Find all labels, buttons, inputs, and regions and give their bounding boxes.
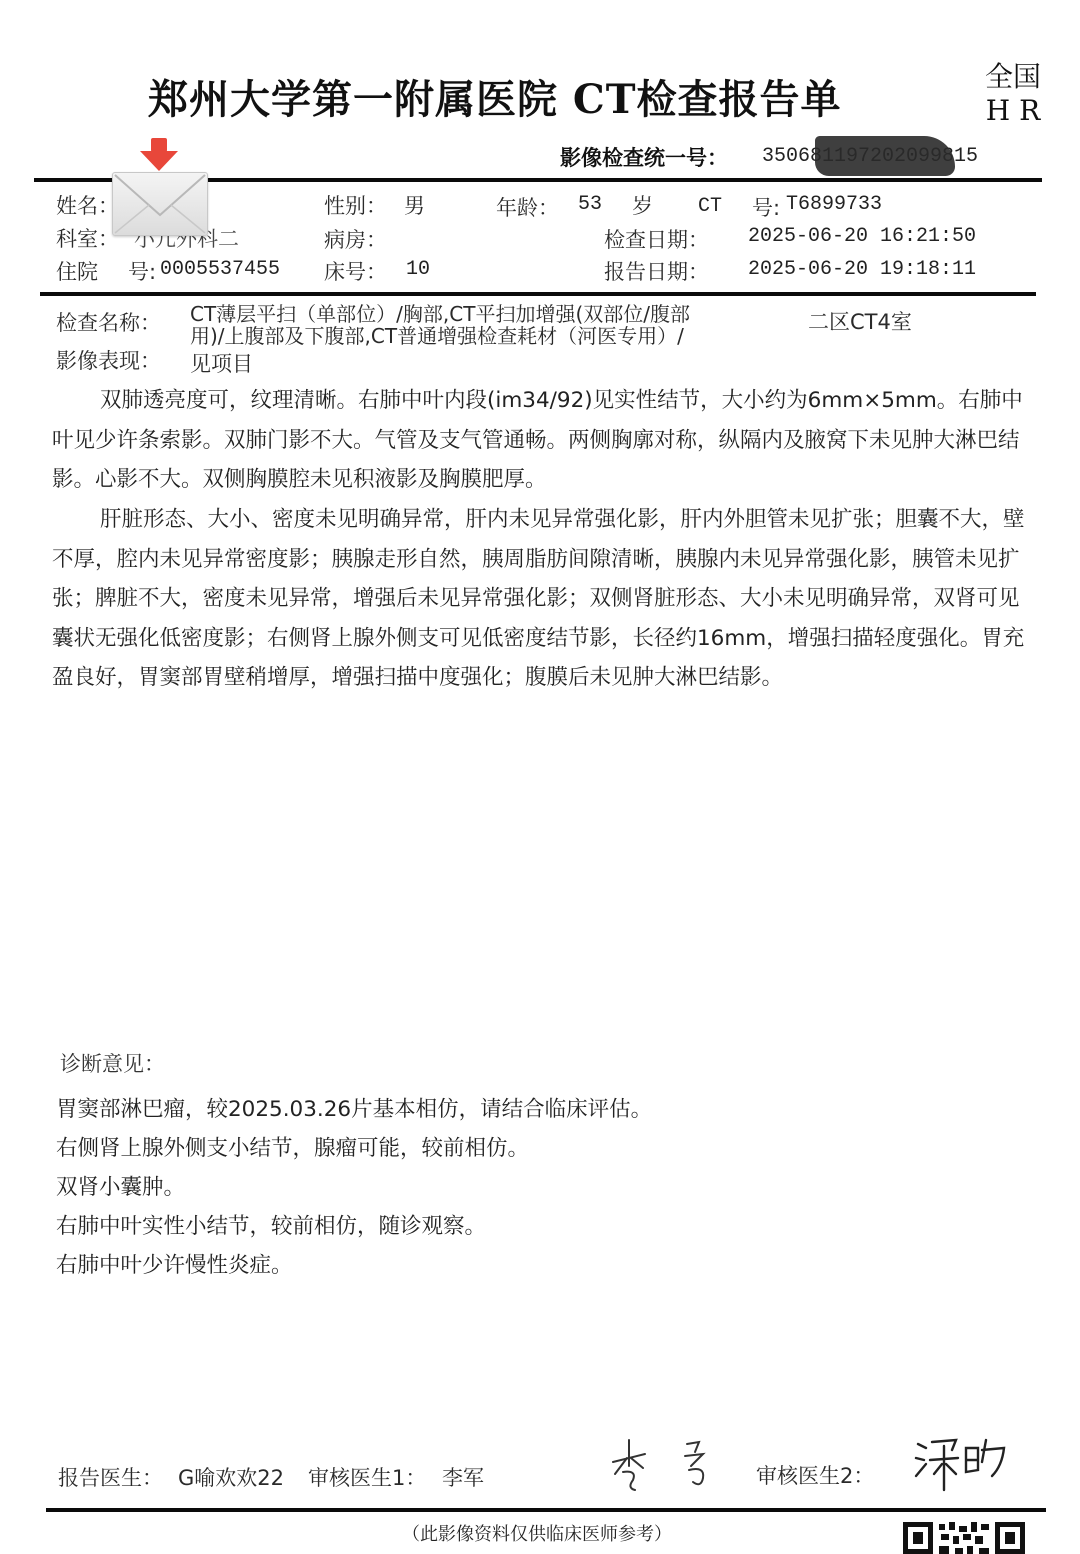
inpatient-no-label: 号:	[128, 256, 156, 286]
reviewer2-signature	[912, 1432, 1012, 1496]
age-value: 53	[578, 193, 602, 216]
report-date-label: 报告日期：	[604, 256, 709, 286]
corner-mark-line1: 全国	[985, 60, 1041, 94]
dept-label: 科室：	[56, 223, 119, 253]
envelope-icon	[112, 172, 208, 236]
exam-room: 二区CT4室	[808, 306, 912, 336]
diagnosis-item: 右肺中叶少许慢性炎症。	[56, 1246, 652, 1285]
ct-label: CT	[698, 195, 722, 218]
age-unit: 岁	[632, 190, 653, 220]
inpatient-label: 住院	[56, 256, 98, 286]
exam-name-label: 检查名称：	[56, 307, 161, 337]
exam-name-line1: CT薄层平扫（单部位）/胸部,CT平扫加增强(双部位/腹部	[190, 303, 690, 325]
diagnosis-item: 右肺中叶实性小结节，较前相仿，随诊观察。	[56, 1207, 652, 1246]
gender-label: 性别：	[324, 190, 387, 220]
age-label: 年龄：	[496, 192, 559, 222]
reference-note: （此影像资料仅供临床医师参考）	[402, 1520, 672, 1546]
reviewer1-signature	[605, 1432, 725, 1496]
divider-patient	[40, 292, 1036, 296]
reviewer2-label: 审核医生2：	[756, 1460, 874, 1490]
name-label: 姓名：	[56, 190, 119, 220]
reviewer1-label: 审核医生1：	[308, 1462, 426, 1492]
corner-mark: 全国 H R	[985, 60, 1041, 128]
corner-mark-line2: H R	[985, 94, 1041, 128]
reviewer1-value: 李军	[442, 1462, 484, 1492]
findings-paragraph-abdomen: 肝脏形态、大小、密度未见明确异常，肝内未见异常强化影，肝内外胆管未见扩张；胆囊不…	[52, 500, 1027, 698]
uid-label: 影像检查统一号：	[560, 142, 728, 172]
diagnosis-label: 诊断意见：	[60, 1048, 165, 1078]
report-doctor-label: 报告医生：	[58, 1462, 163, 1492]
bed-label: 床号：	[324, 256, 387, 286]
ct-no-value: T6899733	[786, 193, 882, 216]
exam-name-value: CT薄层平扫（单部位）/胸部,CT平扫加增强(双部位/腹部 用)/上腹部及下腹部…	[190, 303, 690, 347]
exam-name-line2: 用)/上腹部及下腹部,CT普通增强检查耗材（河医专用）/	[190, 325, 690, 347]
down-arrow-icon	[140, 138, 178, 176]
diagnosis-item: 右侧肾上腺外侧支小结节，腺瘤可能，较前相仿。	[56, 1129, 652, 1168]
redaction-mark	[815, 136, 955, 176]
exam-date-label: 检查日期：	[604, 224, 709, 254]
findings-label: 影像表现：	[56, 345, 161, 375]
inpatient-no-value: 0005537455	[160, 258, 280, 281]
diagnosis-item: 胃窦部淋巴瘤，较2025.03.26片基本相仿，请结合临床评估。	[56, 1090, 652, 1129]
qr-code-icon[interactable]	[903, 1518, 1025, 1554]
report-doctor-value: G喻欢欢22	[178, 1462, 284, 1492]
report-title: 郑州大学第一附属医院 CT检查报告单	[148, 68, 842, 125]
ward-label: 病房：	[324, 224, 387, 254]
bed-value: 10	[406, 258, 430, 281]
diagnosis-item: 双肾小囊肿。	[56, 1168, 652, 1207]
report-date-value: 2025-06-20 19:18:11	[748, 258, 976, 281]
findings-ref: 见项目	[190, 348, 253, 378]
findings-paragraph-chest: 双肺透亮度可，纹理清晰。右肺中叶内段(im34/92)见实性结节，大小约为6mm…	[52, 381, 1027, 500]
gender-value: 男	[404, 190, 425, 220]
exam-date-value: 2025-06-20 16:21:50	[748, 225, 976, 248]
ct-no-label: 号:	[752, 192, 780, 222]
diagnosis-list: 胃窦部淋巴瘤，较2025.03.26片基本相仿，请结合临床评估。 右侧肾上腺外侧…	[56, 1090, 652, 1285]
